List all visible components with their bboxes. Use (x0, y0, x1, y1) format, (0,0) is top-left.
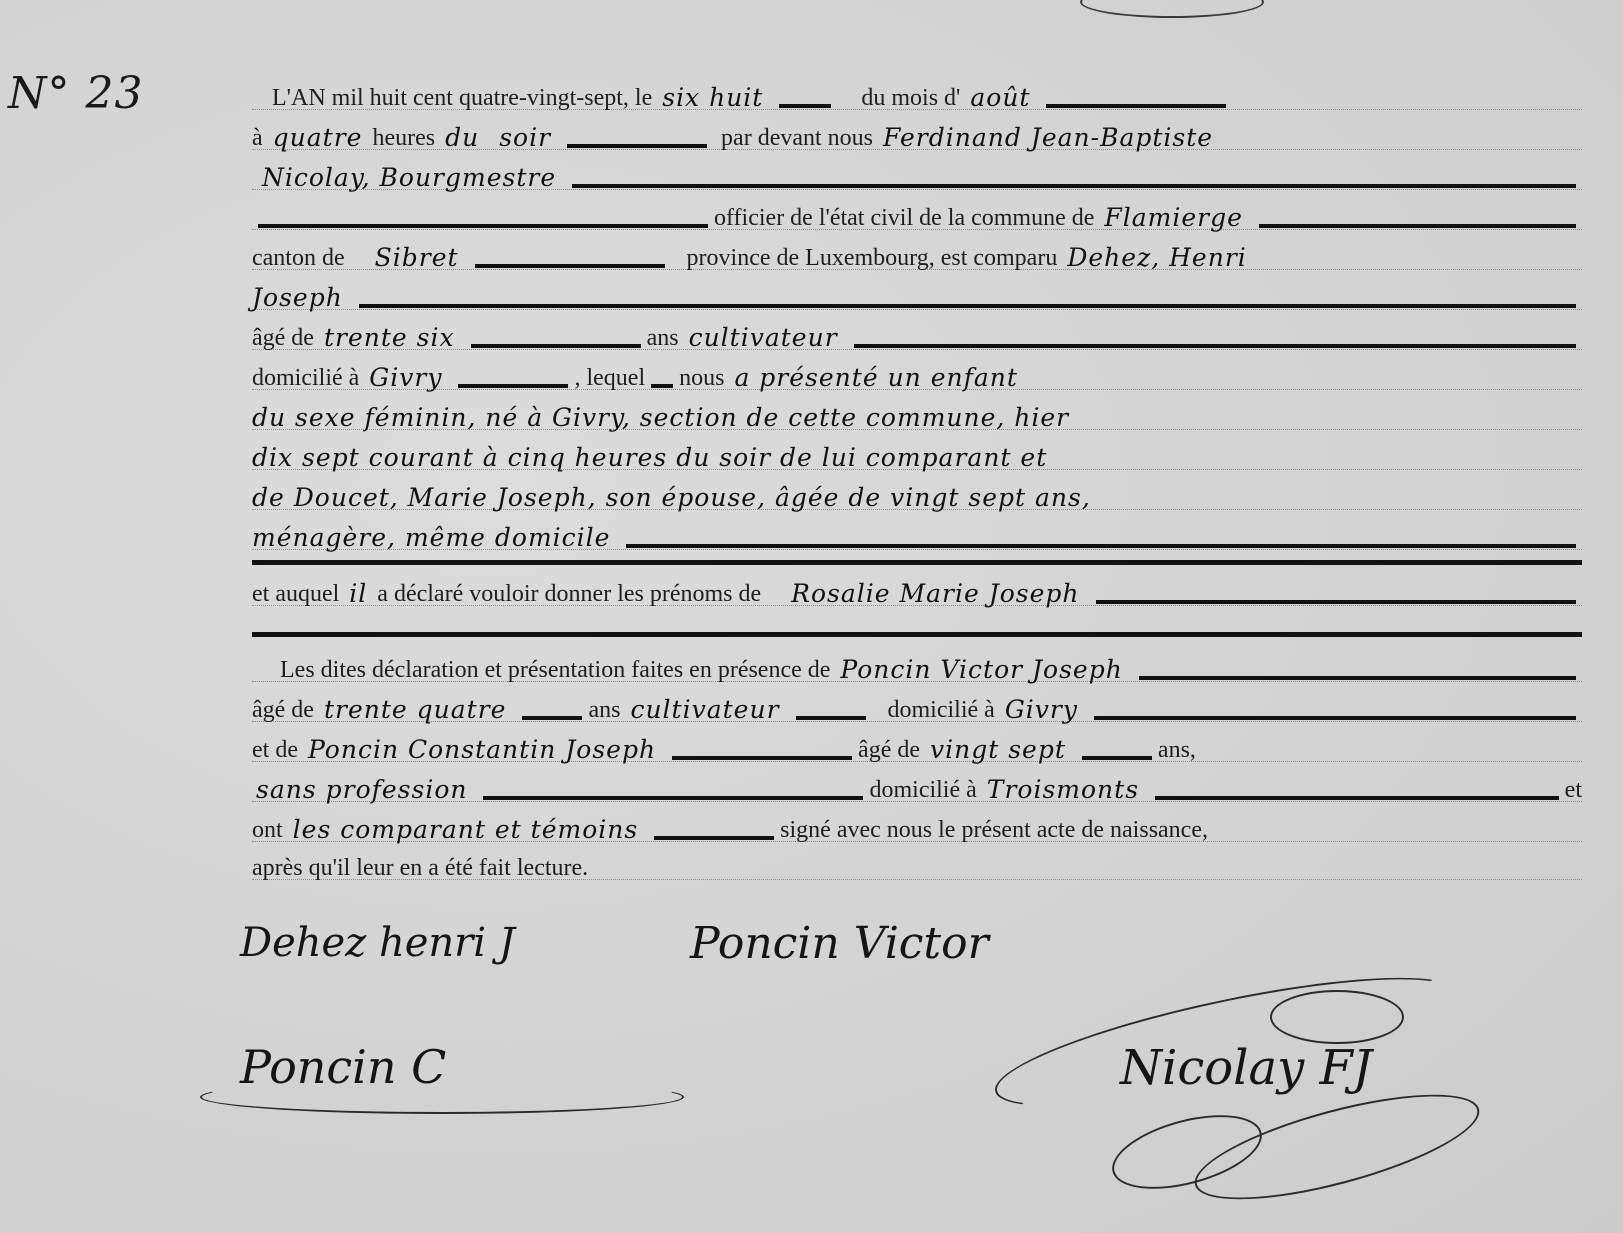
line-reading: après qu'il leur en a été fait lecture. (252, 846, 1582, 886)
line-declarant-firstname: Joseph (252, 276, 1582, 316)
line-given-names: et auquel il a déclaré vouloir donner le… (252, 572, 1582, 612)
line-declarant-age: âgé de trente six ans cultivateur (252, 316, 1582, 356)
printed-text: du mois d' (861, 84, 960, 116)
handwritten-pronoun: il (339, 580, 377, 612)
printed-text: L'AN mil huit cent quatre-vingt-sept, le (272, 84, 652, 116)
fill-rule (359, 304, 1576, 308)
printed-text: âgé de (252, 324, 314, 356)
line-witness2: et de Poncin Constantin Joseph âgé de vi… (252, 728, 1582, 768)
fill-rule (854, 344, 1576, 348)
fill-rule (672, 756, 852, 760)
printed-text: après qu'il leur en a été fait lecture. (252, 854, 588, 886)
fill-rule (796, 716, 866, 720)
handwritten-child-names: Rosalie Marie Joseph (781, 580, 1089, 612)
handwritten-text: dix sept courant à cinq heures du soir d… (252, 444, 1057, 476)
handwritten-mother: de Doucet, Marie Joseph, son épouse, âgé… (252, 484, 1101, 516)
handwritten-text: a présenté un enfant (724, 364, 1027, 396)
top-flourish (1080, 0, 1264, 18)
printed-text: nous (679, 364, 724, 396)
printed-text: à (252, 124, 263, 156)
handwritten-time-of-day: soir (489, 124, 561, 156)
fill-rule (567, 144, 707, 148)
line-officer: Nicolay, Bourgmestre (252, 156, 1582, 196)
handwritten-declarant-name: Dehez, Henri (1057, 244, 1256, 276)
handwritten-witness2-name: Poncin Constantin Joseph (298, 736, 666, 768)
fill-rule (258, 224, 708, 228)
fill-rule (1094, 716, 1576, 720)
fill-rule (475, 264, 665, 268)
line-witness2-details: sans profession domicilié à Troismonts e… (252, 768, 1582, 808)
line-birth-time: dix sept courant à cinq heures du soir d… (252, 436, 1582, 476)
line-hour: à quatre heures du soir par devant nous … (252, 116, 1582, 156)
printed-text: officier de l'état civil de la commune d… (714, 204, 1094, 236)
printed-text: ont (252, 816, 283, 848)
fill-rule (1046, 104, 1226, 108)
printed-text: et auquel (252, 580, 339, 612)
handwritten-text: du (435, 124, 489, 156)
line-commune: officier de l'état civil de la commune d… (252, 196, 1582, 236)
line-signed: ont les comparant et témoins signé avec … (252, 808, 1582, 848)
printed-text: heures (372, 124, 435, 156)
fill-rule (779, 104, 831, 108)
handwritten-witness1-age: trente quatre (314, 696, 516, 728)
line-witness1-details: âgé de trente quatre ans cultivateur dom… (252, 688, 1582, 728)
handwritten-day: six huit (652, 84, 773, 116)
handwritten-officer-name: Ferdinand Jean-Baptiste (873, 124, 1223, 156)
divider-rule (252, 632, 1582, 637)
printed-text: Les dites déclaration et présentation fa… (280, 656, 830, 688)
handwritten-witness2-age: vingt sept (920, 736, 1076, 768)
line-canton: canton de Sibret province de Luxembourg,… (252, 236, 1582, 276)
handwritten-witness2-profession: sans profession (252, 776, 477, 808)
printed-text: a déclaré vouloir donner les prénoms de (377, 580, 761, 612)
printed-text: province de Luxembourg, est comparu (687, 244, 1058, 276)
handwritten-hour: quatre (263, 124, 373, 156)
fill-rule (1259, 224, 1576, 228)
printed-text: par devant nous (721, 124, 873, 156)
handwritten-commune: Flamierge (1094, 204, 1253, 236)
line-date: L'AN mil huit cent quatre-vingt-sept, le… (252, 76, 1582, 116)
printed-text: canton de (252, 244, 345, 276)
fill-rule (1082, 756, 1152, 760)
handwritten-profession: cultivateur (679, 324, 848, 356)
fill-rule (1155, 796, 1559, 800)
line-child-sex: du sexe féminin, né à Givry, section de … (252, 396, 1582, 436)
fill-rule (471, 344, 641, 348)
fill-rule (654, 836, 774, 840)
fill-rule (626, 544, 1576, 548)
printed-text: et (1565, 776, 1582, 808)
fill-rule (1139, 676, 1576, 680)
handwritten-domicile: Givry (359, 364, 452, 396)
handwritten-signatories: les comparant et témoins (283, 816, 649, 848)
printed-text: , lequel (574, 364, 645, 396)
line-domicile: domicilié à Givry , lequel nous a présen… (252, 356, 1582, 396)
printed-text: ans (588, 696, 620, 728)
printed-text: domicilié à (888, 696, 995, 728)
handwritten-text: du sexe féminin, né à Givry, section de … (252, 404, 1079, 436)
record-number: N° 23 (8, 68, 143, 119)
divider-rule (252, 560, 1582, 565)
line-witness1: Les dites déclaration et présentation fa… (252, 648, 1582, 688)
fill-rule (572, 184, 1576, 188)
printed-text: âgé de (858, 736, 920, 768)
fill-rule (522, 716, 582, 720)
handwritten-officer-title: Nicolay, Bourgmestre (252, 164, 566, 196)
handwritten-witness1-name: Poncin Victor Joseph (830, 656, 1132, 688)
printed-text: et de (252, 736, 298, 768)
fill-rule (651, 384, 673, 388)
line-mother-profession: ménagère, même domicile (252, 516, 1582, 556)
printed-text: domicilié à (252, 364, 359, 396)
handwritten-witness1-profession: cultivateur (620, 696, 789, 728)
handwritten-age: trente six (314, 324, 465, 356)
printed-text: âgé de (252, 696, 314, 728)
fill-rule (458, 384, 568, 388)
printed-text: signé avec nous le présent acte de naiss… (780, 816, 1208, 848)
signature-flourish (1270, 990, 1404, 1044)
handwritten-text: ménagère, même domicile (252, 524, 620, 556)
handwritten-month: août (960, 84, 1040, 116)
handwritten-witness1-domicile: Givry (995, 696, 1088, 728)
printed-text: ans (647, 324, 679, 356)
handwritten-witness2-domicile: Troismonts (977, 776, 1149, 808)
handwritten-canton: Sibret (365, 244, 469, 276)
printed-text: ans, (1158, 736, 1196, 768)
signature-declarant: Dehez henri J (240, 920, 515, 966)
fill-rule (1096, 600, 1577, 604)
fill-rule (483, 796, 863, 800)
handwritten-declarant-firstname: Joseph (252, 284, 353, 316)
printed-text: domicilié à (869, 776, 976, 808)
line-mother: de Doucet, Marie Joseph, son épouse, âgé… (252, 476, 1582, 516)
signature-witness1: Poncin Victor (690, 918, 989, 969)
signature-flourish (200, 1080, 684, 1114)
